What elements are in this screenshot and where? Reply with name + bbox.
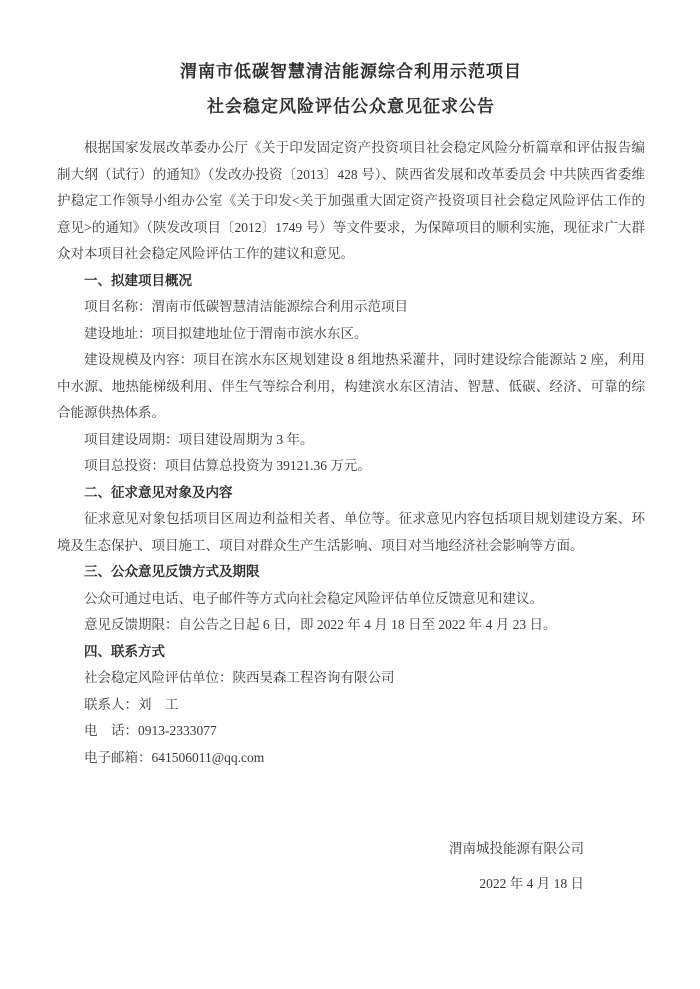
doc-title-line2: 社会稳定风险评估公众意见征求公告 xyxy=(57,89,645,124)
signature-company: 渭南城投能源有限公司 xyxy=(57,835,584,862)
opinion-scope-paragraph: 征求意见对象包括项目区周边利益相关者、单位等。征求意见内容包括项目规划建设方案、… xyxy=(57,506,645,559)
construction-period-paragraph: 项目建设周期：项目建设周期为 3 年。 xyxy=(57,427,645,454)
signature-date: 2022 年 4 月 18 日 xyxy=(57,870,584,897)
section-1-heading: 一、拟建项目概况 xyxy=(57,268,645,295)
total-investment-paragraph: 项目总投资：项目估算总投资为 39121.36 万元。 xyxy=(57,453,645,480)
construction-scale-paragraph: 建设规模及内容：项目在滨水东区规划建设 8 组地热采灌井，同时建设综合能源站 2… xyxy=(57,347,645,427)
doc-title-line1: 渭南市低碳智慧清洁能源综合利用示范项目 xyxy=(57,54,645,89)
section-2-heading: 二、征求意见对象及内容 xyxy=(57,480,645,507)
section-3-heading: 三、公众意见反馈方式及期限 xyxy=(57,559,645,586)
doc-title: 渭南市低碳智慧清洁能源综合利用示范项目 社会稳定风险评估公众意见征求公告 xyxy=(57,54,645,124)
section-4-heading: 四、联系方式 xyxy=(57,639,645,666)
project-name-paragraph: 项目名称：渭南市低碳智慧清洁能源综合利用示范项目 xyxy=(57,294,645,321)
feedback-method-paragraph: 公众可通过电话、电子邮件等方式向社会稳定风险评估单位反馈意见和建议。 xyxy=(57,586,645,613)
construction-address-paragraph: 建设地址：项目拟建地址位于渭南市滨水东区。 xyxy=(57,321,645,348)
assessment-unit-paragraph: 社会稳定风险评估单位：陕西昊森工程咨询有限公司 xyxy=(57,665,645,692)
intro-paragraph: 根据国家发展改革委办公厅《关于印发固定资产投资项目社会稳定风险分析篇章和评估报告… xyxy=(57,135,645,268)
document-page: 渭南市低碳智慧清洁能源综合利用示范项目 社会稳定风险评估公众意见征求公告 根据国… xyxy=(0,0,700,989)
phone-paragraph: 电 话：0913-2333077 xyxy=(57,718,645,745)
signature-block: 渭南城投能源有限公司 2022 年 4 月 18 日 xyxy=(57,835,645,897)
contact-person-paragraph: 联系人：刘 工 xyxy=(57,692,645,719)
feedback-period-paragraph: 意见反馈期限：自公告之日起 6 日，即 2022 年 4 月 18 日至 202… xyxy=(57,612,645,639)
email-paragraph: 电子邮箱：641506011@qq.com xyxy=(57,745,645,772)
